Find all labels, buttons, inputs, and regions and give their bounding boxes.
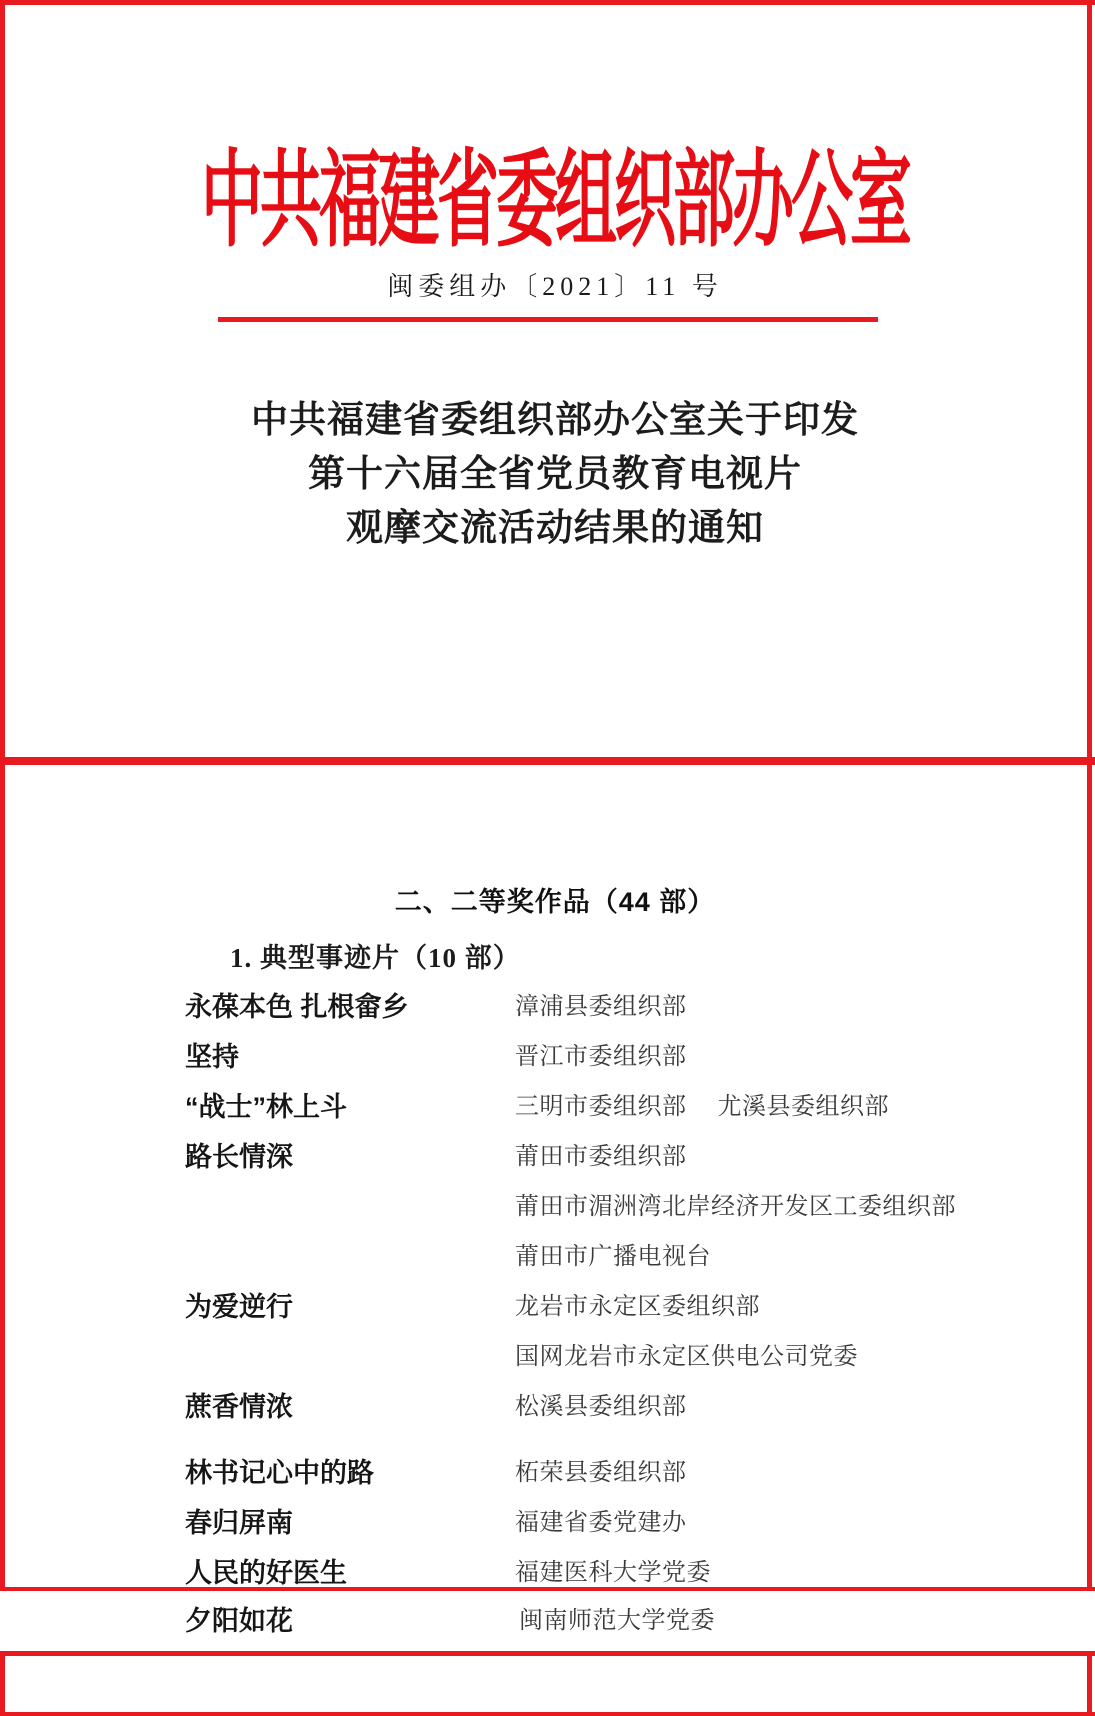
award-entry-line: 永葆本色 扎根畲乡漳浦县委组织部 <box>185 982 1035 1032</box>
award-title: “战士”林上斗 <box>185 1082 515 1132</box>
award-entry: 为爱逆行龙岩市永定区委组织部国网龙岩市永定区供电公司党委 <box>185 1282 1035 1382</box>
award-org: 三明市委组织部 尤溪县委组织部 <box>515 1082 889 1132</box>
award-org: 柘荣县委组织部 <box>515 1448 687 1498</box>
award-entry-line: 蔗香情浓松溪县委组织部 <box>185 1382 1035 1432</box>
frame-top-border <box>0 0 1095 5</box>
award-entry-line: 春归屏南福建省委党建办 <box>185 1498 1035 1548</box>
award-entry: 永葆本色 扎根畲乡漳浦县委组织部 <box>185 982 1035 1032</box>
award-entry: 路长情深莆田市委组织部莆田市湄洲湾北岸经济开发区工委组织部莆田市广播电视台 <box>185 1132 1035 1282</box>
award-org: 松溪县委组织部 <box>515 1382 687 1432</box>
award-title: 夕阳如花 <box>185 1591 515 1651</box>
award-org: 龙岩市永定区委组织部 <box>515 1282 760 1332</box>
award-title: 为爱逆行 <box>185 1282 515 1332</box>
award-org: 莆田市广播电视台 <box>515 1232 711 1282</box>
document-number: 闽委组办〔2021〕11 号 <box>15 266 1095 303</box>
frame-left-border <box>0 0 5 1716</box>
award-entry-line: 坚持晋江市委组织部 <box>185 1032 1035 1082</box>
award-org: 闽南师范大学党委 <box>519 1591 715 1651</box>
award-entry-line: “战士”林上斗三明市委组织部 尤溪县委组织部 <box>185 1082 1035 1132</box>
award-title: 蔗香情浓 <box>185 1382 515 1432</box>
notice-title-line-1: 中共福建省委组织部办公室关于印发 <box>15 394 1095 448</box>
notice-title-line-2: 第十六届全省党员教育电视片 <box>15 448 1095 502</box>
notice-title: 中共福建省委组织部办公室关于印发 第十六届全省党员教育电视片 观摩交流活动结果的… <box>15 394 1095 556</box>
award-section-heading: 二、二等奖作品（44 部） <box>15 880 1095 919</box>
award-entry: 春归屏南福建省委党建办 <box>185 1498 1035 1548</box>
award-entry: 坚持晋江市委组织部 <box>185 1032 1035 1082</box>
award-title: 永葆本色 扎根畲乡 <box>185 982 515 1032</box>
document-page: 中共福建省委组织部办公室 闽委组办〔2021〕11 号 中共福建省委组织部办公室… <box>0 0 1095 1716</box>
award-entry: 蔗香情浓松溪县委组织部 <box>185 1382 1035 1432</box>
award-title: 路长情深 <box>185 1132 515 1182</box>
award-entry: “战士”林上斗三明市委组织部 尤溪县委组织部 <box>185 1082 1035 1132</box>
award-org: 福建省委党建办 <box>515 1498 687 1548</box>
letterhead-red-rule <box>218 317 878 322</box>
award-list: 永葆本色 扎根畲乡漳浦县委组织部坚持晋江市委组织部“战士”林上斗三明市委组织部 … <box>185 982 1035 1598</box>
letterhead-masthead: 中共福建省委组织部办公室 <box>15 116 1095 267</box>
award-entry-line: 为爱逆行龙岩市永定区委组织部 <box>185 1282 1035 1332</box>
award-org: 漳浦县委组织部 <box>515 982 687 1032</box>
award-title: 林书记心中的路 <box>185 1448 515 1498</box>
award-org: 莆田市湄洲湾北岸经济开发区工委组织部 <box>515 1182 956 1232</box>
award-org: 国网龙岩市永定区供电公司党委 <box>515 1332 858 1382</box>
award-entry-line: 路长情深莆田市委组织部 <box>185 1132 1035 1182</box>
award-entry-line: 莆田市广播电视台 <box>185 1232 1035 1282</box>
award-org: 晋江市委组织部 <box>515 1032 687 1082</box>
page-divider-line <box>0 757 1095 765</box>
award-title: 春归屏南 <box>185 1498 515 1548</box>
award-subsection-heading: 1. 典型事迹片（10 部） <box>230 936 521 975</box>
award-org: 莆田市委组织部 <box>515 1132 687 1182</box>
award-entry-line: 国网龙岩市永定区供电公司党委 <box>185 1332 1035 1382</box>
award-entry-line: 夕阳如花 闽南师范大学党委 <box>185 1591 1095 1651</box>
award-title: 坚持 <box>185 1032 515 1082</box>
award-entry-line: 林书记心中的路柘荣县委组织部 <box>185 1448 1035 1498</box>
boxed-award-entry: 夕阳如花 闽南师范大学党委 <box>0 1587 1095 1656</box>
award-entry: 林书记心中的路柘荣县委组织部 <box>185 1448 1035 1498</box>
notice-title-line-3: 观摩交流活动结果的通知 <box>15 502 1095 556</box>
award-entry-line: 莆田市湄洲湾北岸经济开发区工委组织部 <box>185 1182 1035 1232</box>
frame-bottom-border <box>0 1712 1095 1716</box>
